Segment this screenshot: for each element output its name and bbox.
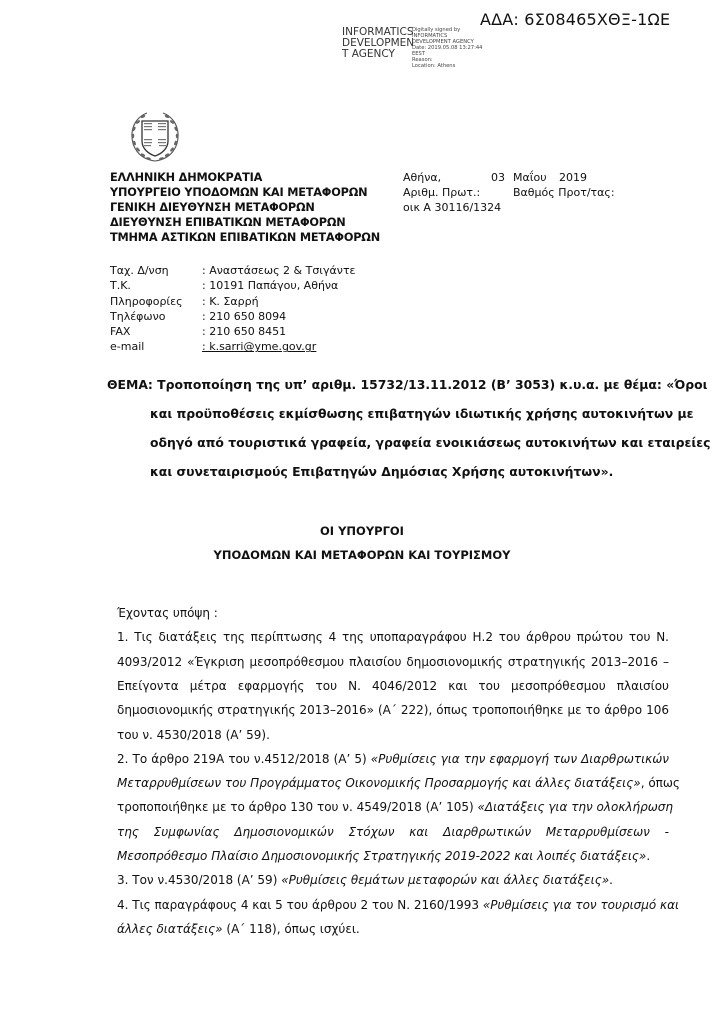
contact-label: Πληροφορίες <box>110 294 183 309</box>
subject-line: και προϋποθέσεις εκμίσθωσης επιβατηγών ι… <box>150 406 662 421</box>
contact-row-fax: FAX : 210 650 8451 <box>110 324 410 339</box>
contact-value: : 10191 Παπάγου, Αθήνα <box>202 278 338 293</box>
recital-line: δημοσιονομικής στρατηγικής 2013–2016» (Α… <box>117 703 669 717</box>
authority-line: ΓΕΝΙΚΗ ΔΙΕΥΘΥΝΣΗ ΜΕΤΑΦΟΡΩΝ <box>110 200 380 215</box>
recital-text: . <box>646 849 650 863</box>
recital-line: άλλες διατάξεις» (Α΄ 118), όπως ισχύει. <box>117 922 360 936</box>
ada-code: ΑΔΑ: 6Σ08465ΧΘΞ-1ΩΕ <box>480 10 670 29</box>
signature-org-line: T AGENCY <box>342 49 414 60</box>
contact-value: : 210 650 8451 <box>202 324 286 339</box>
recital-line: Μεταρρυθμίσεων του Προγράμματος Οικονομι… <box>117 776 669 790</box>
contact-value: : Αναστάσεως 2 & Τσιγάντε <box>202 263 356 278</box>
contact-row-address: Ταχ. Δ/νση : Αναστάσεως 2 & Τσιγάντε <box>110 263 410 278</box>
protocol-row: Αριθμ. Πρωτ.: Βαθμός Προτ/τας: <box>403 185 673 200</box>
contact-label: Ταχ. Δ/νση <box>110 263 169 278</box>
date-day: 03 <box>491 170 505 185</box>
recital-line: της Συμφωνίας Δημοσιονομικών Στόχων και … <box>117 825 669 839</box>
recital-text: Επείγοντα μέτρα εφαρμογής του Ν. 4046/20… <box>117 679 669 693</box>
recital-text: 4093/2012 «Έγκριση μεσοπρόθεσμου πλαισίο… <box>117 655 669 669</box>
place: Αθήνα, <box>403 171 441 184</box>
authority-line: ΕΛΛΗΝΙΚΗ ΔΗΜΟΚΡΑΤΙΑ <box>110 170 380 185</box>
recital-line: Μεσοπρόθεσμο Πλαίσιο Δημοσιονομικής Στρα… <box>117 849 650 863</box>
greek-coat-of-arms-icon <box>127 109 183 165</box>
recital-text: 2. Το άρθρο 219Α του ν.4512/2018 (Α’ 5) <box>117 752 371 766</box>
authority-line: ΔΙΕΥΘΥΝΣΗ ΕΠΙΒΑΤΙΚΩΝ ΜΕΤΑΦΟΡΩΝ <box>110 215 380 230</box>
contact-value: : 210 650 8094 <box>202 309 286 324</box>
recital-line: 3. Τον ν.4530/2018 (Α’ 59) «Ρυθμίσεις θε… <box>117 873 613 887</box>
ministers-title: ΟΙ ΥΠΟΥΡΓΟΙ <box>0 524 724 538</box>
signature-details[interactable]: Digitally signed by INFORMATICS DEVELOPM… <box>412 27 482 69</box>
date-year: 2019 <box>559 170 587 185</box>
recital-line: του ν. 4530/2018 (Α’ 59). <box>117 728 270 742</box>
document-metadata: Αθήνα, 03 Μαΐου 2019 Αριθμ. Πρωτ.: Βαθμό… <box>403 170 673 215</box>
signature-detail-line: Location: Athens <box>412 63 482 69</box>
authority-line: ΤΜΗΜΑ ΑΣΤΙΚΩΝ ΕΠΙΒΑΤΙΚΩΝ ΜΕΤΑΦΟΡΩΝ <box>110 230 380 245</box>
contact-label: e-mail <box>110 339 144 354</box>
law-title: άλλες διατάξεις» <box>117 922 223 936</box>
date-month: Μαΐου <box>513 170 547 185</box>
law-title: Μεταρρυθμίσεων του Προγράμματος Οικονομι… <box>117 776 641 790</box>
recital-text: του ν. 4530/2018 (Α’ 59). <box>117 728 270 742</box>
protocol-label: Αριθμ. Πρωτ.: <box>403 186 480 199</box>
contact-row-phone: Τηλέφωνο : 210 650 8094 <box>110 309 410 324</box>
recital-text: . <box>609 873 613 887</box>
recital-text: , όπως <box>641 776 680 790</box>
recital-text: 3. Τον ν.4530/2018 (Α’ 59) <box>117 873 281 887</box>
contact-row-email: e-mail : k.sarri@yme.gov.gr <box>110 339 410 354</box>
contact-label: Τ.Κ. <box>110 278 131 293</box>
subject-line: οδηγό από τουριστικά γραφεία, γραφεία εν… <box>150 435 710 450</box>
law-title: «Ρυθμίσεις θεμάτων μεταφορών και άλλες δ… <box>281 873 609 887</box>
contact-row-postal-code: Τ.Κ. : 10191 Παπάγου, Αθήνα <box>110 278 410 293</box>
signature-organization: INFORMATICS DEVELOPMEN T AGENCY <box>342 27 414 60</box>
protocol-number: οικ Α 30116/1324 <box>403 201 501 214</box>
date-row: Αθήνα, 03 Μαΐου 2019 <box>403 170 673 185</box>
protocol-number-row: οικ Α 30116/1324 <box>403 200 673 215</box>
recital-line: 4. Τις παραγράφους 4 και 5 του άρθρου 2 … <box>117 898 669 912</box>
contact-label: Τηλέφωνο <box>110 309 166 324</box>
priority-grade-label: Βαθμός Προτ/τας: <box>513 185 615 200</box>
subject-line: ΘΕΜΑ: Τροποποίηση της υπ’ αριθμ. 15732/1… <box>107 377 707 392</box>
contact-value: : Κ. Σαρρή <box>202 294 259 309</box>
recital-line: 1. Τις διατάξεις της περίπτωσης 4 της υπ… <box>117 630 669 644</box>
recital-text: 4. Τις παραγράφους 4 και 5 του άρθρου 2 … <box>117 898 483 912</box>
recital-text: 1. Τις διατάξεις της περίπτωσης 4 της υπ… <box>117 630 669 644</box>
recital-text: (Α΄ 118), όπως ισχύει. <box>223 922 360 936</box>
issuing-authority: ΕΛΛΗΝΙΚΗ ΔΗΜΟΚΡΑΤΙΑ ΥΠΟΥΡΓΕΙΟ ΥΠΟΔΟΜΩΝ Κ… <box>110 170 380 245</box>
law-title: «Διατάξεις για την ολοκλήρωση <box>478 800 674 814</box>
recital-line: 4093/2012 «Έγκριση μεσοπρόθεσμου πλαισίο… <box>117 655 669 669</box>
law-title: «Ρυθμίσεις για τον τουρισμό και <box>483 898 679 912</box>
contact-label: FAX <box>110 324 130 339</box>
recital-text: δημοσιονομικής στρατηγικής 2013–2016» (Α… <box>117 703 669 717</box>
authority-line: ΥΠΟΥΡΓΕΙΟ ΥΠΟΔΟΜΩΝ ΚΑΙ ΜΕΤΑΦΟΡΩΝ <box>110 185 380 200</box>
email-link[interactable]: : k.sarri@yme.gov.gr <box>202 340 316 353</box>
recital-line: Επείγοντα μέτρα εφαρμογής του Ν. 4046/20… <box>117 679 669 693</box>
law-title: της Συμφωνίας Δημοσιονομικών Στόχων και … <box>117 825 669 839</box>
recital-line: τροποποιήθηκε με το άρθρο 130 του ν. 454… <box>117 800 669 814</box>
subject-line: και συνεταιρισμούς Επιβατηγών Δημόσιας Χ… <box>150 464 613 479</box>
contact-row-information: Πληροφορίες : Κ. Σαρρή <box>110 294 410 309</box>
ministries-title: ΥΠΟΔΟΜΩΝ ΚΑΙ ΜΕΤΑΦΟΡΩΝ ΚΑΙ ΤΟΥΡΙΣΜΟΥ <box>0 548 724 562</box>
recital-line: 2. Το άρθρο 219Α του ν.4512/2018 (Α’ 5) … <box>117 752 669 766</box>
law-title: «Ρυθμίσεις για την εφαρμογή των Διαρθρωτ… <box>371 752 669 766</box>
recital-text: τροποποιήθηκε με το άρθρο 130 του ν. 454… <box>117 800 478 814</box>
law-title: Μεσοπρόθεσμο Πλαίσιο Δημοσιονομικής Στρα… <box>117 849 646 863</box>
contact-details: Ταχ. Δ/νση : Αναστάσεως 2 & Τσιγάντε Τ.Κ… <box>110 263 410 355</box>
considering-intro: Έχοντας υπόψη : <box>117 606 218 620</box>
